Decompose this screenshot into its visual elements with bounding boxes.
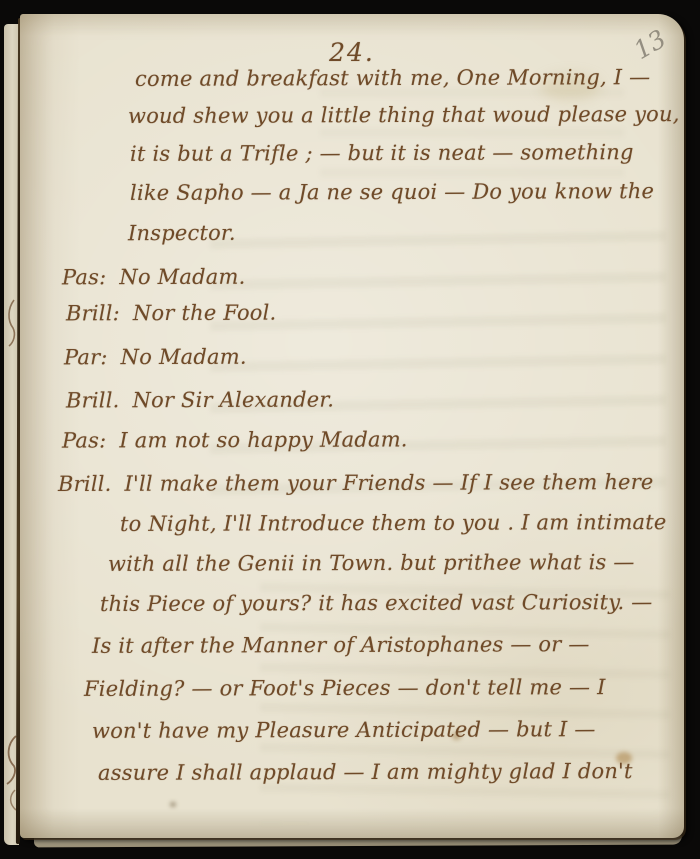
line-text: come and breakfast with me, One Morning,… (135, 65, 650, 91)
manuscript-line: Brill.Nor Sir Alexander. (66, 385, 334, 416)
line-text: like Sapho — a Ja ne se quoi — Do you kn… (130, 179, 654, 205)
speaker-label: Brill: (66, 301, 120, 325)
line-text: Nor the Fool. (133, 301, 277, 326)
manuscript-line: like Sapho — a Ja ne se quoi — Do you kn… (130, 176, 654, 208)
line-text: Nor Sir Alexander. (132, 388, 334, 413)
manuscript-line: assure I shall applaud — I am mighty gla… (98, 756, 633, 788)
manuscript-line: Pas:I am not so happy Madam. (62, 424, 408, 455)
manuscript-line: come and breakfast with me, One Morning,… (135, 62, 650, 94)
line-text: to Night, I'll Introduce them to you . I… (120, 510, 667, 536)
manuscript-line: with all the Genii in Town. but prithee … (108, 547, 635, 579)
line-text: this Piece of yours? it has excited vast… (100, 590, 653, 616)
manuscript-line: woud shew you a little thing that woud p… (128, 99, 680, 131)
line-text: No Madam. (121, 345, 247, 369)
scan-background: 24. 13 come and breakfast with me, One M… (0, 0, 700, 859)
speaker-label: Pas: (62, 428, 106, 452)
manuscript-line: it is but a Trifle ; — but it is neat — … (130, 137, 634, 169)
manuscript-line: Inspector. (128, 218, 236, 248)
manuscript-line: Fielding? — or Foot's Pieces — don't tel… (84, 672, 606, 704)
line-text: I am not so happy Madam. (119, 427, 407, 452)
line-text: it is but a Trifle ; — but it is neat — … (130, 140, 634, 166)
manuscript-page: 24. 13 come and breakfast with me, One M… (20, 14, 684, 838)
line-text: Is it after the Manner of Aristophanes —… (92, 632, 590, 658)
line-text: won't have my Pleasure Anticipated — but… (92, 717, 596, 743)
line-text: I'll make them your Friends — If I see t… (124, 470, 653, 496)
line-text: Inspector. (128, 221, 236, 245)
paper-stain (170, 802, 176, 807)
speaker-label: Par: (64, 345, 108, 369)
line-text: Fielding? — or Foot's Pieces — don't tel… (84, 675, 606, 701)
speaker-label: Brill. (66, 388, 120, 412)
manuscript-line: Brill.I'll make them your Friends — If I… (58, 467, 654, 499)
speaker-label: Pas: (62, 265, 106, 289)
manuscript-line: Brill:Nor the Fool. (66, 298, 277, 329)
manuscript-line: Is it after the Manner of Aristophanes —… (92, 629, 590, 661)
line-text: No Madam. (119, 265, 245, 289)
manuscript-line: Par:No Madam. (64, 342, 247, 373)
manuscript-line: this Piece of yours? it has excited vast… (100, 587, 653, 619)
line-text: woud shew you a little thing that woud p… (128, 102, 680, 128)
manuscript-line: to Night, I'll Introduce them to you . I… (120, 507, 667, 539)
manuscript-line: Pas:No Madam. (62, 262, 246, 293)
show-through-texture (210, 224, 666, 504)
line-text: assure I shall applaud — I am mighty gla… (98, 759, 633, 785)
manuscript-line: won't have my Pleasure Anticipated — but… (92, 714, 596, 746)
line-text: with all the Genii in Town. but prithee … (108, 550, 635, 576)
speaker-label: Brill. (58, 472, 112, 496)
